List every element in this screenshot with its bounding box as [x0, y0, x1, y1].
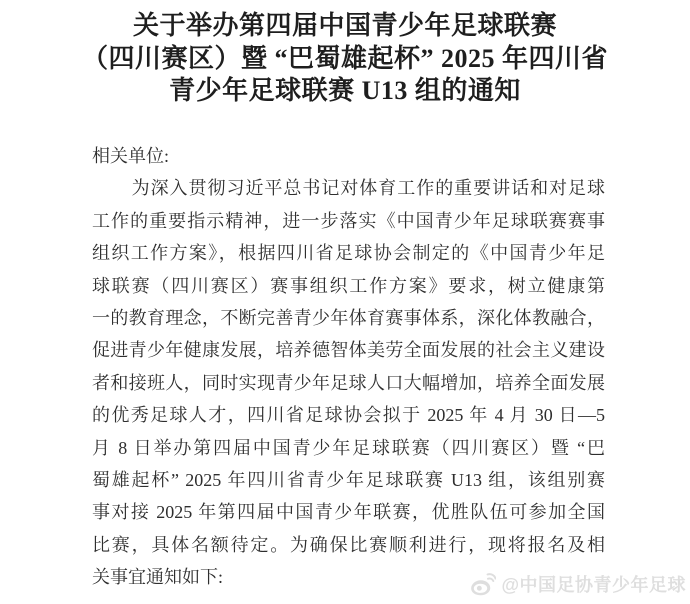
- paragraph-line: 为深入贯彻习近平总书记对体育工作的重要讲话和对足球: [92, 172, 605, 204]
- paragraph-line: 者和接班人，同时实现青少年足球人口大幅增加，培养全面发展: [92, 367, 605, 399]
- paragraph-line: 工作的重要指示精神，进一步落实《中国青少年足球联赛赛事: [92, 205, 605, 237]
- title-line-1: 关于举办第四届中国青少年足球联赛: [30, 10, 660, 43]
- paragraph-line: 组织工作方案》，根据四川省足球协会制定的《中国青少年足: [92, 237, 605, 269]
- paragraph-line: 促进青少年健康发展，培养德智体美劳全面发展的社会主义建设: [92, 334, 605, 366]
- paragraph-line: 的优秀足球人才，四川省足球协会拟于 2025 年 4 月 30 日—5: [92, 399, 605, 431]
- weibo-watermark: @中国足协青少年足球: [470, 571, 686, 597]
- paragraph-line: 球联赛（四川赛区）赛事组织工作方案》要求，树立健康第: [92, 270, 605, 302]
- paragraph-line: 比赛，具体名额待定。为确保比赛顺利进行，现将报名及相: [92, 529, 605, 561]
- paragraph-line: 蜀雄起杯” 2025 年四川省青少年足球联赛 U13 组，该组别赛: [92, 464, 605, 496]
- document-body: 相关单位: 为深入贯彻习近平总书记对体育工作的重要讲话和对足球 工作的重要指示精…: [92, 140, 605, 594]
- title-line-2: （四川赛区）暨 “巴蜀雄起杯” 2025 年四川省: [30, 43, 660, 76]
- paragraph-line: 月 8 日举办第四届中国青少年足球联赛（四川赛区）暨 “巴: [92, 432, 605, 464]
- paragraph-line: 一的教育理念，不断完善青少年体育赛事体系，深化体教融合，: [92, 302, 605, 334]
- document-title: 关于举办第四届中国青少年足球联赛 （四川赛区）暨 “巴蜀雄起杯” 2025 年四…: [30, 10, 660, 108]
- weibo-icon: [470, 573, 496, 596]
- paragraph-line: 事对接 2025 年第四届中国青少年联赛，优胜队伍可参加全国: [92, 496, 605, 528]
- salutation: 相关单位:: [92, 140, 605, 172]
- notice-document-page: 关于举办第四届中国青少年足球联赛 （四川赛区）暨 “巴蜀雄起杯” 2025 年四…: [0, 0, 690, 604]
- title-line-3: 青少年足球联赛 U13 组的通知: [30, 75, 660, 108]
- watermark-text: @中国足协青少年足球: [501, 571, 686, 597]
